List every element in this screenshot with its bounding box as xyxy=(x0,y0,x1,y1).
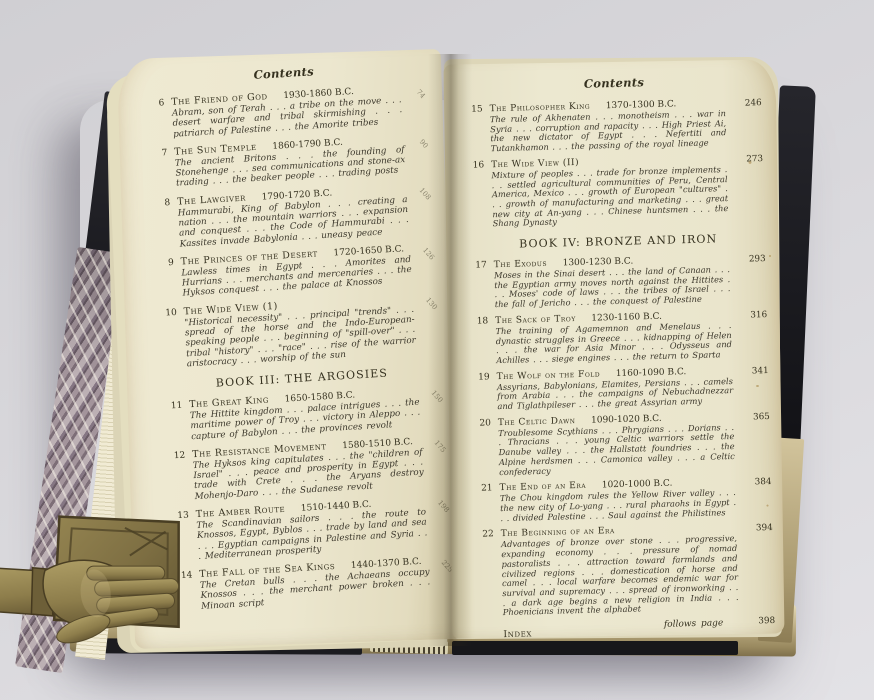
chapter-number: 17 xyxy=(472,259,488,310)
chapter-number: 8 xyxy=(155,197,173,251)
contents-heading-right: Contents xyxy=(467,72,761,94)
book-iv-heading: BOOK IV: BRONZE AND IRON xyxy=(471,231,765,252)
chapter-page-number: 341 xyxy=(752,366,769,376)
chapter-body: The End of an Era 1020-1000 B.C. The Cho… xyxy=(499,476,736,523)
toc-entry: 16 The Wide View (II) Mixture of peoples… xyxy=(469,152,765,230)
chapter-page-number: 198 xyxy=(436,499,451,514)
chapter-number: 21 xyxy=(477,483,493,524)
chapter-body: The Friend of God 1930-1860 B.C. Abram, … xyxy=(171,83,403,139)
chapter-number: 19 xyxy=(475,371,491,412)
chapter-number: 9 xyxy=(158,257,176,301)
chapter-page-number: 246 xyxy=(745,98,762,108)
toc-entry: 14 The Fall of the Sea Kings 1440-1370 B… xyxy=(177,554,451,613)
chapter-body: The Great King 1650-1580 B.C. The Hittit… xyxy=(189,386,421,442)
chapter-page-number: 175 xyxy=(432,439,447,454)
chapter-page-number: 108 xyxy=(417,186,432,201)
chapter-number: 18 xyxy=(473,315,489,366)
book-cover-bottom-right xyxy=(452,641,738,655)
chapter-description: Troublesome Scythians . . . Phrygians . … xyxy=(498,423,735,478)
toc-entry: 19 The Wolf on the Fold 1160-1090 B.C. A… xyxy=(475,364,770,413)
chapter-page-number: 126 xyxy=(421,246,436,261)
chapter-body: The Lawgiver 1790-1720 B.C. Hammurabi, K… xyxy=(177,183,410,250)
chapter-description: Mixture of peoples . . . trade for bronz… xyxy=(491,165,728,229)
chapter-body: The Wide View (II) Mixture of peoples . … xyxy=(491,153,729,229)
left-page-text: Contents 6 The Friend of God 1930-1860 B… xyxy=(148,58,452,629)
toc-entry: 8 The Lawgiver 1790-1720 B.C. Hammurabi,… xyxy=(155,182,430,251)
toc-entry: 18 The Sack of Troy 1230-1160 B.C. The t… xyxy=(473,308,768,366)
chapter-page-number: 130 xyxy=(424,296,439,311)
chapter-page-number: 293 xyxy=(749,254,766,264)
chapter-number: 15 xyxy=(468,103,484,154)
chapter-body: The Celtic Dawn 1090-1020 B.C. Troubleso… xyxy=(498,411,736,478)
chapter-number: 11 xyxy=(167,400,185,444)
index-follows-note: follows page xyxy=(664,618,724,630)
chapter-page-number: 90 xyxy=(418,138,430,150)
chapter-body: The Resistance Movement 1580-1510 B.C. T… xyxy=(192,435,425,502)
toc-entry: 17 The Exodus 1300-1230 B.C. Moses in th… xyxy=(472,252,767,310)
brass-hand-page-holder[interactable] xyxy=(0,481,202,674)
chapter-description: The rule of Akhenaten . . . monotheism .… xyxy=(490,109,727,154)
chapter-description: The training of Agamemnon and Menelaus .… xyxy=(495,321,732,366)
chapter-number: 22 xyxy=(479,529,496,619)
chapter-page-number: 365 xyxy=(753,412,770,422)
toc-entry: 21 The End of an Era 1020-1000 B.C. The … xyxy=(477,475,772,524)
chapter-body: The Exodus 1300-1230 B.C. Moses in the S… xyxy=(494,253,731,310)
chapter-body: The Fall of the Sea Kings 1440-1370 B.C.… xyxy=(199,556,431,612)
chapter-page-number: 273 xyxy=(746,154,763,164)
toc-entries-17-22: 17 The Exodus 1300-1230 B.C. Moses in th… xyxy=(472,252,775,619)
chapter-number: 7 xyxy=(152,147,170,191)
chapter-page-number: 316 xyxy=(750,310,767,320)
toc-entry: 6 The Friend of God 1930-1860 B.C. Abram… xyxy=(149,82,423,141)
chapter-number: 16 xyxy=(469,159,486,230)
index-page-number: 398 xyxy=(758,616,775,626)
chapter-body: The Amber Route 1510-1440 B.C. The Scand… xyxy=(195,495,428,562)
toc-entry: 11 The Great King 1650-1580 B.C. The Hit… xyxy=(167,385,441,444)
chapter-body: The Wolf on the Fold 1160-1090 B.C. Assy… xyxy=(497,365,734,412)
chapter-number: 20 xyxy=(476,417,493,478)
toc-entries-6-10: 6 The Friend of God 1930-1860 B.C. Abram… xyxy=(149,82,437,371)
chapter-body: The Wide View (1) "Historical necessity"… xyxy=(183,292,416,369)
toc-entry: 9 The Princes of the Desert 1720-1650 B.… xyxy=(158,242,432,301)
chapter-page-number: 150 xyxy=(429,389,444,404)
chapter-body: The Sack of Troy 1230-1160 B.C. The trai… xyxy=(495,309,732,366)
chapter-body: The Princes of the Desert 1720-1650 B.C.… xyxy=(180,243,412,299)
book-photo: Contents 6 The Friend of God 1930-1860 B… xyxy=(0,0,874,700)
toc-entry: 12 The Resistance Movement 1580-1510 B.C… xyxy=(170,434,445,503)
chapter-description: The Chou kingdom rules the Yellow River … xyxy=(500,488,737,523)
chapter-number: 6 xyxy=(149,97,167,141)
chapter-description: Moses in the Sinai desert . . . the land… xyxy=(494,265,731,310)
right-page-text: Contents 15 The Philosopher King 1370-13… xyxy=(467,72,775,626)
toc-entries-11-14: 11 The Great King 1650-1580 B.C. The Hit… xyxy=(167,385,451,614)
toc-entry: 20 The Celtic Dawn 1090-1020 B.C. Troubl… xyxy=(476,410,771,478)
toc-entry: 7 The Sun Temple 1860-1790 B.C. The anci… xyxy=(152,132,426,191)
toc-entry: 22 The Beginning of an Era Advantages of… xyxy=(479,521,775,618)
chapter-body: The Philosopher King 1370-1300 B.C. The … xyxy=(490,97,727,154)
chapter-body: The Beginning of an Era Advantages of br… xyxy=(501,522,739,618)
chapter-page-number: 74 xyxy=(415,88,427,100)
index-label: Index xyxy=(503,628,532,638)
toc-entries-15-16: 15 The Philosopher King 1370-1300 B.C. T… xyxy=(468,96,765,230)
chapter-description: Advantages of bronze over stone . . . pr… xyxy=(501,534,739,618)
right-page[interactable]: Contents 15 The Philosopher King 1370-13… xyxy=(444,59,785,638)
chapter-page-number: 384 xyxy=(755,477,772,487)
toc-entry: 10 The Wide View (1) "Historical necessi… xyxy=(161,291,436,370)
toc-entry: 13 The Amber Route 1510-1440 B.C. The Sc… xyxy=(174,494,449,563)
chapter-page-number: 394 xyxy=(756,523,773,533)
toc-entry: 15 The Philosopher King 1370-1300 B.C. T… xyxy=(468,96,763,154)
chapter-description: Assyrians, Babylonians, Elamites, Persia… xyxy=(497,377,734,412)
chapter-body: The Sun Temple 1860-1790 B.C. The ancien… xyxy=(174,133,406,189)
chapter-number: 10 xyxy=(161,307,180,371)
